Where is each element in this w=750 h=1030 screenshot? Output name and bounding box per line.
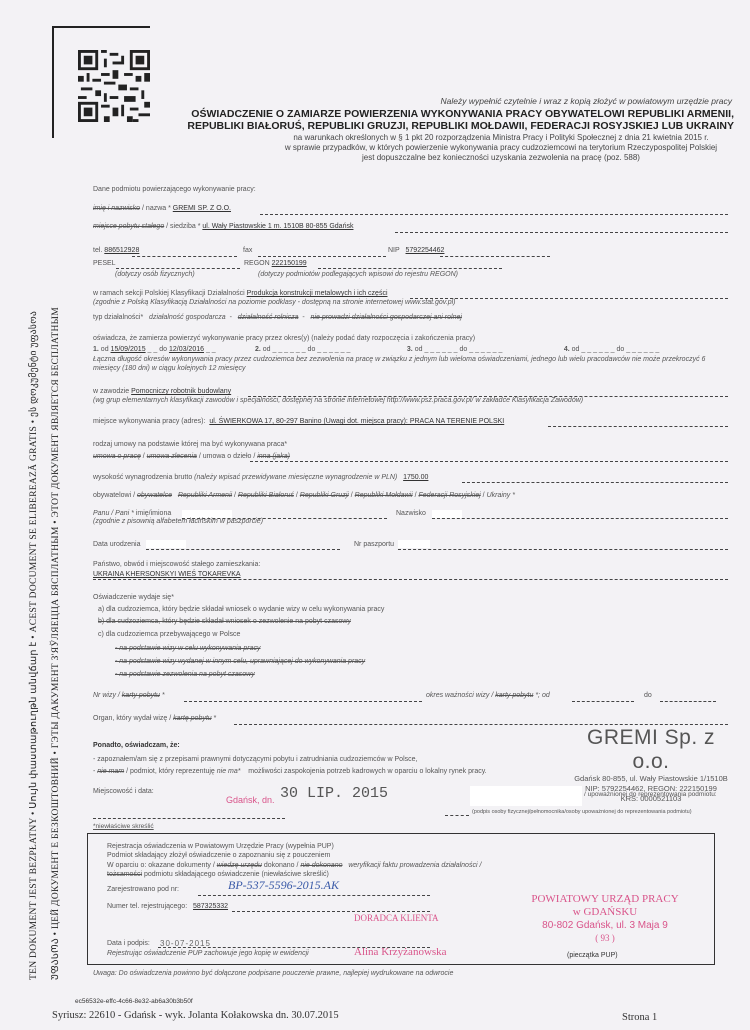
periods-row: 1. od 15/09/2015 _ _ do 12/03/2016 _ _ 2… [93,346,733,353]
issued-for-c1[interactable]: - na podstawie wizy w celu wykonywania p… [115,645,261,652]
subtitle-line-2: w sprawie przypadków, w których powierze… [270,143,732,153]
passport-redacted [398,540,430,548]
occupation-row: w zawodzie Pomocniczy robotnik budowlany [93,388,231,395]
workplace-line [548,426,728,427]
contract-label: rodzaj umowy na podstawie której ma być … [93,441,287,448]
signature-redacted [470,786,582,806]
workplace-field[interactable]: ul. ŚWIERKOWA 17, 80-297 Banino (Uwagi d… [209,418,504,425]
nip-line [440,256,550,257]
period-2-to-label: do [308,346,316,353]
pkd-row: w ramach sekcji Polskiej Klasyfikacji Dz… [93,290,388,297]
nip-row: NIP 5792254462 [388,247,444,254]
country-belarus[interactable]: Republiki Białoruś [238,492,294,499]
period-4-from-field[interactable]: _ _ _ _ _ _ [581,346,614,353]
signature-label-2: (podpis osoby fizycznej/pełnomocnika/oso… [472,809,692,815]
reg-nr-line [198,895,430,896]
pup-keep-note: Rejestrując oświadczenie PUP zachowuje j… [107,950,309,957]
country-russia[interactable]: Federacji Rosyjskiej [418,492,480,499]
pup-office-city: w GDAŃSKU [520,906,690,919]
salary-label: wysokość wynagrodzenia brutto [93,474,192,481]
declaration-line-1: - zapoznałem/am się z przepisami prawnym… [93,756,417,763]
signature-label-1: / upoważnionej do reprezentowania podmio… [584,791,717,798]
pesel-note: (dotyczy osób fizycznych) [115,271,195,278]
fax-field[interactable] [258,256,386,257]
pup-office-stamp: POWIATOWY URZĄD PRACY w GDAŃSKU 80-802 G… [520,893,690,945]
salary-note: (należy wpisać przewidywane miesięczne w… [194,474,397,481]
firstname-row: Panu / Pani * imię/imiona [93,510,171,517]
residence-field[interactable]: UKRAINA KHERSONSKYI WIEŚ TOKAREVKA [93,571,241,578]
residence-row: UKRAINA KHERSONSKYI WIEŚ TOKAREVKA [93,571,241,578]
contract-other[interactable]: inna (jaka) [257,453,290,460]
period-4: 4. od _ _ _ _ _ _ do _ _ _ _ _ _ [564,346,724,353]
contract-options: umowa o pracę / umowa zlecenia / umowa o… [93,453,290,460]
period-3-from-field[interactable]: _ _ _ _ _ _ [424,346,457,353]
period-1: 1. od 15/09/2015 _ _ do 12/03/2016 _ _ [93,346,253,353]
tel-label: tel. [93,247,102,254]
employer-address-row: miejsce pobytu stałego / siedziba * ul. … [93,223,353,230]
visa-nr-field[interactable] [184,701,422,702]
surname-label: Nazwisko [396,510,426,517]
tel-field[interactable]: 886512928 [104,247,139,254]
salary-field[interactable]: 1750.00 [403,474,428,481]
subtitle-line-3: jest dopuszczalne bez konieczności uzysk… [270,153,732,163]
pup-stamp-caption: (pieczątka PUP) [567,952,618,959]
nip-label: NIP [388,247,400,254]
period-1-from-label: od [101,346,109,353]
address-label: / siedziba * [166,223,200,230]
employer-name-line [260,214,728,215]
pup-line-3: W oparciu o: okazane dokumenty / wiedzę … [107,862,481,869]
document-hash: ec56532e-effc-4c66-8e32-ab6a30b3b50f [75,998,193,1005]
visa-to-field[interactable] [660,701,716,702]
subtitle-line-1: na warunkach określonych w § 1 pkt 20 ro… [270,133,732,143]
organ-label: Organ, który wydał wizę / [93,715,171,722]
period-1-num: 1. [93,346,99,353]
pup-verification: weryfikacji faktu prowadzenia działalnoś… [348,862,481,869]
dob-label: Data urodzenia [93,541,140,548]
pup-documents: W oparciu o: okazane dokumenty / [107,862,215,869]
visa-from-field[interactable] [572,701,634,702]
issued-for-c[interactable]: c) dla cudzoziemca przebywającego w Pols… [98,631,240,638]
visa-from-label: od [542,692,550,699]
regon-field[interactable]: 222150199 [272,260,307,267]
activity-type-label: typ działalności* [93,314,143,321]
reg-nr-field[interactable]: BP-537-5596-2015.AK [228,878,339,893]
card-validity-label: karty pobytu [495,692,533,699]
organ-card-label: kartę pobytu [173,715,212,722]
occupation-label: w zawodzie [93,388,129,395]
footnote: *niewłaściwe skreślić [93,823,154,830]
activity-type-none[interactable]: nie prowadzi działalności gospodarczej a… [311,314,462,321]
dob-field[interactable] [146,549,340,550]
issued-for-c2[interactable]: - na podstawie wizy wydanej w innym celu… [115,658,365,665]
visa-nr-row: Nr wizy / karty pobytu * [93,692,165,699]
reg-tel-field[interactable]: 587325332 [193,903,228,910]
regon-row: REGON 222150199 [244,260,307,267]
advisor-name-stamp: Alina Krzyżanowska [354,946,447,958]
employer-name-field[interactable]: GREMI SP. Z O.O. [173,205,231,212]
declaration-not-have-struck: nie mam [97,768,124,775]
organ-row: Organ, który wydał wizę / kartę pobytu * [93,715,216,722]
document-title: OŚWIADCZENIE O ZAMIARZE POWIERZENIA WYKO… [180,108,734,132]
nip-field[interactable]: 5792254462 [406,247,445,254]
periods-intro: oświadcza, że zamierza powierzyć wykonyw… [93,335,475,342]
legal-notice: Uwaga: Do oświadczenia powinno być dołąc… [93,970,453,977]
firstname-note: (zgodnie z pisownią alfabetem łacińskim … [93,518,263,525]
pup-line-1: Rejestracja oświadczenia w Powiatowym Ur… [107,843,334,850]
country-moldova[interactable]: Republiki Mołdawii [355,492,413,499]
visa-nr-label: Nr wizy / [93,692,120,699]
visa-to-label: do [644,692,652,699]
passport-field[interactable] [398,549,728,550]
advisor-stamp: DORADCA KLIENTA [354,913,439,923]
employer-address-field[interactable]: ul. Wały Piastowskie 1 m. 1510B 80-855 G… [202,223,353,230]
reg-tel-line [232,911,430,912]
period-3: 3. od _ _ _ _ _ _ do _ _ _ _ _ _ [407,346,562,353]
periods-note: Łączna długość okresów wykonywania pracy… [93,355,718,373]
occupation-field[interactable]: Pomocniczy robotnik budowlany [131,388,231,395]
pup-office-address: 80-802 Gdańsk, ul. 3 Maja 9 [520,919,690,932]
declaration-not-have: nie ma* [217,768,241,775]
contract-employment[interactable]: umowa o pracę [93,453,141,460]
page-number: Strona 1 [622,1012,657,1023]
organ-field[interactable] [234,724,728,725]
period-3-to-field[interactable]: _ _ _ _ _ _ [469,346,502,353]
address-label-struck: miejsce pobytu stałego [93,223,164,230]
period-4-to-field[interactable]: _ _ _ _ _ _ [626,346,659,353]
period-2: 2. od _ _ _ _ _ _ do _ _ _ _ _ _ [255,346,405,353]
surname-redacted [432,510,462,518]
document-subtitle: na warunkach określonych w § 1 pkt 20 ro… [270,133,732,163]
period-4-from-label: od [572,346,580,353]
workplace-row: miejsce wykonywania pracy (adres): ul. Ś… [93,418,504,425]
period-1-to-label: do [159,346,167,353]
pup-not-done: nie dokonano [300,862,342,869]
pesel-label: PESEL [93,260,116,267]
fill-instruction: Należy wypełnić czytelnie i wraz z kopią… [441,96,732,106]
title-line-1: OŚWIADCZENIE O ZAMIARZE POWIERZENIA WYKO… [180,108,734,120]
contract-line [250,461,728,462]
period-1-to-field[interactable]: 12/03/2016 [169,346,204,353]
name-label: / nazwa * [142,205,171,212]
reg-nr-label: Zarejestrowano pod nr: [107,886,179,893]
period-2-from-label: od [263,346,271,353]
pup-office-name: POWIATOWY URZĄD PRACY [520,893,690,906]
passport-label: Nr paszportu [354,541,394,548]
period-2-num: 2. [255,346,261,353]
title-label: Panu / Pani * [93,510,134,517]
residence-label: Państwo, obwód i miejscowość stałego zam… [93,561,260,568]
period-2-to-field[interactable]: _ _ _ _ _ _ [317,346,350,353]
pup-office-knowledge: wiedzę urzędu [217,862,262,869]
pup-identity: tożsamości [107,871,142,878]
declaration-title: Ponadto, oświadczam, że: [93,742,180,749]
visa-validity-label: okres ważności wizy / [426,692,493,699]
surname-field[interactable] [432,518,728,519]
declaration-line-2: - nie mam / podmiot, który reprezentuję … [93,768,487,775]
country-georgia[interactable]: Republiki Gruzji [300,492,349,499]
pup-date-label: Data i podpis: [107,940,150,947]
pup-date-field[interactable]: 30-07-2015 [160,939,211,948]
period-2-from-field[interactable]: _ _ _ _ _ _ [273,346,306,353]
pkd-field[interactable]: Produkcja konstrukcji metalowych i ich c… [247,290,388,297]
firstname-redacted [182,510,232,518]
activity-type-agricultural[interactable]: działalność rolnicza [238,314,299,321]
pup-line-4: tożsamości podmiotu składającego oświadc… [107,871,329,878]
residence-line [93,579,728,580]
period-3-num: 3. [407,346,413,353]
pup-office-code: ( 93 ) [520,932,690,945]
reg-tel-row: Numer tel. rejestrującego: 587325332 [107,903,228,910]
citizen-female-label[interactable]: obywatelce [137,492,172,499]
dob-redacted [146,540,186,548]
pup-line-2: Podmiot składający złożył oświadczenie o… [107,852,330,859]
employer-address-line [395,232,728,233]
employer-tel-row: tel. 886512928 [93,247,139,254]
pesel-field[interactable] [116,268,240,269]
pup-done: dokonano / [264,862,299,869]
country-armenia[interactable]: Republiki Armenii [178,492,232,499]
regon-line [318,268,502,269]
place-date-stamp-date[interactable]: 30 LIP. 2015 [280,785,388,802]
issued-for-a[interactable]: a) dla cudzoziemca, który będzie składał… [98,606,384,613]
visa-validity-row: okres ważności wizy / karty pobytu *; od [426,692,550,699]
pkd-note: (zgodnie z Polską Klasyfikacją Działalno… [93,299,456,306]
employer-section-label: Dane podmiotu powierzającego wykonywanie… [93,186,256,193]
side-free-document-notice-2: ᲣᲤᲐᲡᲝᲐ • ЦЕЙ ДОКУМЕНТ Е БЕЗКОШТОВНИЙ • Г… [48,307,61,980]
tel-line [132,256,237,257]
period-4-to-label: do [616,346,624,353]
issued-for-label: Oświadczenie wydaje się* [93,594,174,601]
declaration-entity: / podmiot, który reprezentuję [126,768,215,775]
employer-name-row: imię i nazwisko / nazwa * GREMI SP. Z O.… [93,205,231,212]
qr-code-icon [78,50,150,122]
name-label-struck: imię i nazwisko [93,205,140,212]
side-free-document-notice: TEN DOKUMENT JEST BEZPŁATNY • Սույն փաստ… [28,311,39,980]
occupation-note: (wg grup elementarnych klasyfikacji zawo… [93,397,583,404]
citizen-label[interactable]: obywatelowi [93,492,131,499]
period-4-num: 4. [564,346,570,353]
signature-line[interactable] [445,815,469,816]
company-stamp-name: GREMI Sp. z o.o. [566,726,736,774]
activity-type-row: typ działalności* działalność gospodarcz… [93,314,462,321]
place-date-line [93,818,285,819]
syriusz-footer: Syriusz: 22610 - Gdańsk - wyk. Jolanta K… [52,1010,339,1021]
workplace-label: miejsce wykonywania pracy (adres): [93,418,205,425]
place-date-label: Miejscowość i data: [93,788,154,795]
regon-label: REGON [244,260,270,267]
residence-card-nr-label: karty pobytu [122,692,160,699]
reg-tel-label: Numer tel. rejestrującego: [107,903,187,910]
contract-specific-work[interactable]: umowa o dzieło [203,453,252,460]
pup-entity-note: podmiotu składającego oświadczenie (niew… [144,871,329,878]
issued-for-c3[interactable]: - na podstawie zezwolenia na pobyt czaso… [115,671,255,678]
citizenship-row: obywatelowi / obywatelce Republiki Armen… [93,492,515,499]
country-ukraine[interactable]: Ukrainy * [487,492,515,499]
company-stamp-address: Gdańsk 80-855, ul. Wały Piastowskie 1/15… [566,774,736,784]
fax-label: fax [243,247,252,254]
title-line-2: REPUBLIKI BIAŁORUŚ, REPUBLIKI GRUZJI, RE… [180,120,734,132]
declaration-labour-market: możliwości zaspokojenia potrzeb kadrowyc… [248,768,486,775]
place-date-stamp-city: Gdańsk, dn. [226,795,275,805]
period-1-from-field[interactable]: 15/09/2015 [111,346,146,353]
contract-mandate[interactable]: umowa zlecenia [147,453,197,460]
pkd-line [410,298,728,299]
firstname-label: imię/imiona [136,510,171,517]
regon-note: (dotyczy podmiotów podlegających wpisowi… [258,271,458,278]
pkd-label: w ramach sekcji Polskiej Klasyfikacji Dz… [93,290,245,297]
salary-line [462,482,728,483]
salary-row: wysokość wynagrodzenia brutto (należy wp… [93,474,428,481]
period-3-to-label: do [460,346,468,353]
issued-for-b[interactable]: b) dla cudzoziemca, który będzie składał… [98,618,351,625]
period-3-from-label: od [415,346,423,353]
activity-type-business[interactable]: działalność gospodarcza [149,314,226,321]
